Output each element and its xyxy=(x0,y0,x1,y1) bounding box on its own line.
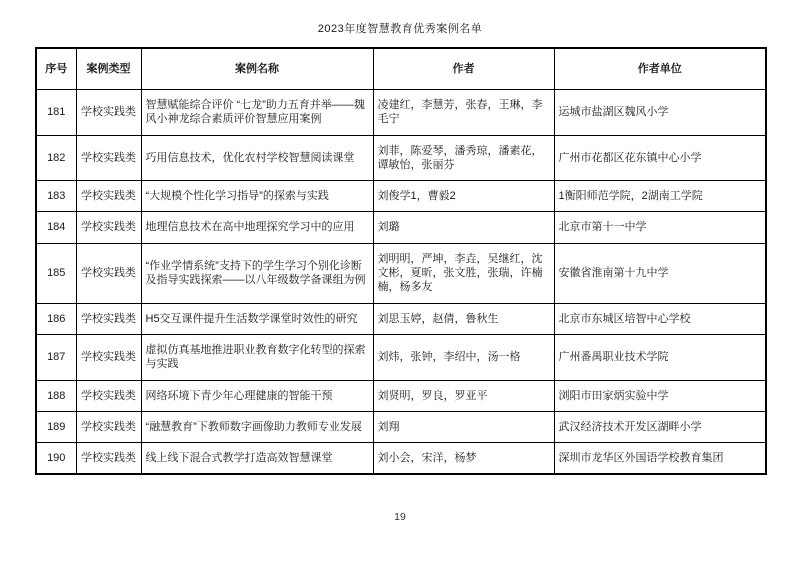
cell-type: 学校实践类 xyxy=(76,181,141,212)
table-row: 183学校实践类“大规模个性化学习指导”的探索与实践刘俊学1，曹毅21衡阳师范学… xyxy=(36,181,766,212)
cell-org: 深圳市龙华区外国语学校教育集团 xyxy=(554,443,766,475)
cell-type: 学校实践类 xyxy=(76,334,141,380)
cell-org: 北京市第十一中学 xyxy=(554,212,766,243)
cell-serial: 187 xyxy=(36,334,76,380)
cell-org: 北京市东城区培智中心学校 xyxy=(554,303,766,334)
cell-org: 1衡阳师范学院，2湖南工学院 xyxy=(554,181,766,212)
table-row: 189学校实践类“融慧教育”下教师数字画像助力教师专业发展刘翔武汉经济技术开发区… xyxy=(36,411,766,442)
cell-authors: 刘思玉婷，赵倩，鲁秋生 xyxy=(373,303,554,334)
cell-type: 学校实践类 xyxy=(76,212,141,243)
cell-org: 广州市花都区花东镇中心小学 xyxy=(554,135,766,181)
column-header-name: 案例名称 xyxy=(141,48,373,90)
column-header-type: 案例类型 xyxy=(76,48,141,90)
table-body: 181学校实践类智慧赋能综合评价 “七龙”助力五育并举——魏风小神龙综合素质评价… xyxy=(36,90,766,475)
cell-org: 浏阳市田家炳实验中学 xyxy=(554,380,766,411)
table-row: 187学校实践类虚拟仿真基地推进职业教育数字化转型的探索与实践刘炜，张钟，李绍中… xyxy=(36,334,766,380)
cell-name: 线上线下混合式教学打造高效智慧课堂 xyxy=(141,443,373,475)
cell-type: 学校实践类 xyxy=(76,380,141,411)
page-title: 2023年度智慧教育优秀案例名单 xyxy=(0,20,800,36)
cell-serial: 188 xyxy=(36,380,76,411)
document-page: 2023年度智慧教育优秀案例名单 序号 案例类型 案例名称 作者 作者单位 18… xyxy=(0,0,800,565)
cell-serial: 184 xyxy=(36,212,76,243)
cell-name: H5交互课件提升生活数学课堂时效性的研究 xyxy=(141,303,373,334)
cell-name: 智慧赋能综合评价 “七龙”助力五育并举——魏风小神龙综合素质评价智慧应用案例 xyxy=(141,90,373,136)
cases-table: 序号 案例类型 案例名称 作者 作者单位 181学校实践类智慧赋能综合评价 “七… xyxy=(35,47,767,475)
cell-authors: 刘璐 xyxy=(373,212,554,243)
cell-authors: 刘明明，严坤，李垚，吴继红，沈文彬，夏昕，张文胜，张瑞，许楠楠，杨多友 xyxy=(373,243,554,303)
cell-authors: 刘俊学1，曹毅2 xyxy=(373,181,554,212)
cell-serial: 190 xyxy=(36,443,76,475)
cell-serial: 186 xyxy=(36,303,76,334)
cell-org: 武汉经济技术开发区湖畔小学 xyxy=(554,411,766,442)
cell-serial: 182 xyxy=(36,135,76,181)
column-header-authors: 作者 xyxy=(373,48,554,90)
cell-serial: 183 xyxy=(36,181,76,212)
table-row: 182学校实践类巧用信息技术，优化农村学校智慧阅读课堂刘菲，陈爱琴，潘秀琼，潘素… xyxy=(36,135,766,181)
cell-authors: 刘贤明，罗良，罗亚平 xyxy=(373,380,554,411)
cell-name: “大规模个性化学习指导”的探索与实践 xyxy=(141,181,373,212)
cell-authors: 刘炜，张钟，李绍中，汤一格 xyxy=(373,334,554,380)
cell-type: 学校实践类 xyxy=(76,411,141,442)
table-header: 序号 案例类型 案例名称 作者 作者单位 xyxy=(36,48,766,90)
cell-org: 安徽省淮南第十九中学 xyxy=(554,243,766,303)
cell-type: 学校实践类 xyxy=(76,135,141,181)
cell-serial: 181 xyxy=(36,90,76,136)
cell-authors: 凌建红，李慧芳，张春，王琳，李毛宁 xyxy=(373,90,554,136)
column-header-org: 作者单位 xyxy=(554,48,766,90)
cell-authors: 刘菲，陈爱琴，潘秀琼，潘素花，谭敏怡，张丽芬 xyxy=(373,135,554,181)
table-row: 181学校实践类智慧赋能综合评价 “七龙”助力五育并举——魏风小神龙综合素质评价… xyxy=(36,90,766,136)
cell-authors: 刘翔 xyxy=(373,411,554,442)
cell-name: 巧用信息技术，优化农村学校智慧阅读课堂 xyxy=(141,135,373,181)
cell-name: “作业学情系统”支持下的学生学习个别化诊断及指导实践探索——以八年级数学备课组为… xyxy=(141,243,373,303)
cell-serial: 189 xyxy=(36,411,76,442)
column-header-serial: 序号 xyxy=(36,48,76,90)
cell-type: 学校实践类 xyxy=(76,243,141,303)
header-row: 序号 案例类型 案例名称 作者 作者单位 xyxy=(36,48,766,90)
cell-serial: 185 xyxy=(36,243,76,303)
cell-org: 广州番禺职业技术学院 xyxy=(554,334,766,380)
cell-name: 虚拟仿真基地推进职业教育数字化转型的探索与实践 xyxy=(141,334,373,380)
table-row: 188学校实践类网络环境下青少年心理健康的智能干预刘贤明，罗良，罗亚平浏阳市田家… xyxy=(36,380,766,411)
cell-org: 运城市盐湖区魏风小学 xyxy=(554,90,766,136)
cell-name: “融慧教育”下教师数字画像助力教师专业发展 xyxy=(141,411,373,442)
table-row: 190学校实践类线上线下混合式教学打造高效智慧课堂刘小会，宋洋，杨梦深圳市龙华区… xyxy=(36,443,766,475)
cell-name: 地理信息技术在高中地理探究学习中的应用 xyxy=(141,212,373,243)
table-row: 184学校实践类地理信息技术在高中地理探究学习中的应用刘璐北京市第十一中学 xyxy=(36,212,766,243)
cell-type: 学校实践类 xyxy=(76,90,141,136)
cell-name: 网络环境下青少年心理健康的智能干预 xyxy=(141,380,373,411)
cell-type: 学校实践类 xyxy=(76,303,141,334)
page-number: 19 xyxy=(0,511,800,523)
cell-authors: 刘小会，宋洋，杨梦 xyxy=(373,443,554,475)
table-row: 185学校实践类“作业学情系统”支持下的学生学习个别化诊断及指导实践探索——以八… xyxy=(36,243,766,303)
table-row: 186学校实践类H5交互课件提升生活数学课堂时效性的研究刘思玉婷，赵倩，鲁秋生北… xyxy=(36,303,766,334)
cell-type: 学校实践类 xyxy=(76,443,141,475)
